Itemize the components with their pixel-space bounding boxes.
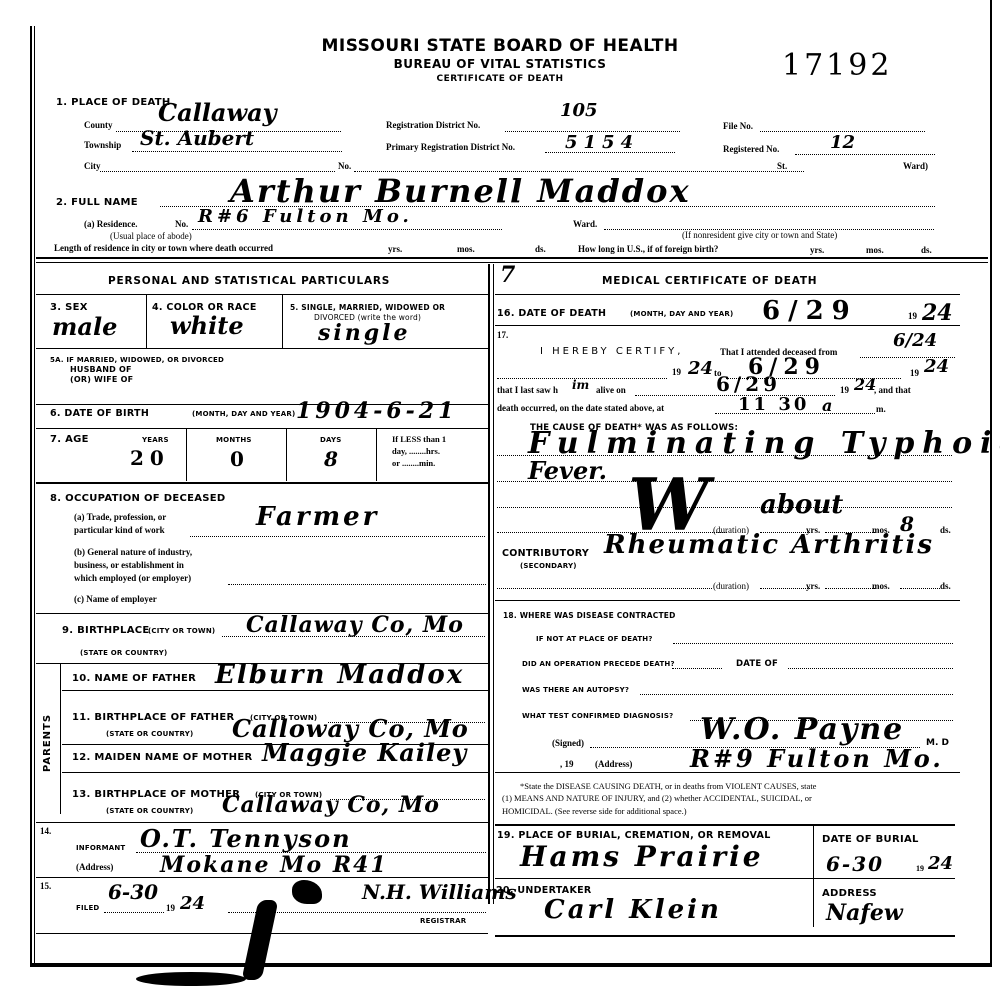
contributory-sub: (SECONDARY) [520, 562, 577, 570]
length-yrs-label: yrs. [388, 244, 402, 254]
father-name-value: Elburn Maddox [215, 660, 464, 690]
date-of-death-sub: (MONTH, DAY AND YEAR) [630, 310, 733, 318]
m-label: m. [876, 404, 886, 414]
attended-from-year: 24 [688, 358, 713, 379]
birthplace-value: Callaway Co, Mo [246, 612, 464, 638]
marital-value: single [318, 320, 410, 346]
parents-side-label: PARENTS [42, 714, 53, 772]
primary-registration-label: Primary Registration District No. [386, 142, 515, 152]
signed-label: (Signed) [552, 738, 584, 748]
county-value: Callaway [158, 98, 277, 127]
attended-to-year: 24 [924, 356, 949, 377]
burial-year-value: 24 [928, 853, 953, 874]
mother-name-label: 12. MAIDEN NAME OF MOTHER [72, 752, 252, 763]
no-label: No. [338, 161, 351, 171]
primary-registration-value: 5154 [565, 132, 639, 153]
item-18-label: 18. WHERE WAS DISEASE CONTRACTED [503, 611, 676, 620]
residence-no-label: No. [175, 219, 188, 229]
death-year-value: 24 [922, 300, 953, 326]
burial-date-value: 6-30 [826, 852, 884, 876]
length-ds-label: ds. [535, 244, 546, 254]
burial-address-label: ADDRESS [822, 888, 877, 899]
days-value: 8 [324, 447, 338, 471]
registered-no-label: Registered No. [723, 144, 779, 154]
father-birthplace-label: 11. BIRTHPLACE OF FATHER [72, 712, 234, 723]
mother-birthplace-label: 13. BIRTHPLACE OF MOTHER [72, 789, 240, 800]
frame-left-border-inner [34, 26, 35, 966]
days-label: DAYS [320, 436, 341, 444]
industry-label-3: which employed (or employer) [74, 573, 191, 583]
registrar-value: N.H. Williams [362, 880, 517, 904]
last-saw-value: 6/29 [716, 372, 781, 396]
and-that-label: , and that [874, 385, 911, 395]
address-year-prefix: , 19 [560, 759, 574, 769]
age-label: 7. AGE [50, 434, 89, 445]
usual-place-label: (Usual place of abode) [110, 231, 192, 241]
test-label: WHAT TEST CONFIRMED DIAGNOSIS? [522, 712, 673, 720]
foreign-mos-label: mos. [866, 245, 884, 255]
mother-name-value: Maggie Kailey [262, 738, 467, 767]
ward-label-residence: Ward. [573, 219, 597, 229]
undertaker-value: Carl Klein [544, 895, 722, 925]
duration2-mos-label: mos. [872, 581, 890, 591]
footnote-line-3: HOMICIDAL. (See reverse side for additio… [502, 806, 687, 816]
autopsy-label: WAS THERE AN AUTOPSY? [522, 686, 629, 694]
birthplace-label: 9. BIRTHPLACE [62, 625, 150, 636]
footnote-line-2: (1) MEANS AND NATURE OF INJURY, and (2) … [502, 793, 812, 803]
burial-address-value: Nafew [826, 900, 903, 926]
foreign-birth-label: How long in U.S., if of foreign birth? [578, 244, 718, 254]
footnote-line-1: *State the DISEASE CAUSING DEATH, or in … [520, 781, 816, 791]
dob-value: 1904-6-21 [296, 398, 457, 424]
certify-label: I HEREBY CERTIFY, [540, 346, 683, 357]
filed-date-value: 6-30 [108, 880, 158, 904]
trade-label: (a) Trade, profession, or [74, 512, 166, 522]
day-hrs-label: day, ........hrs. [392, 446, 440, 456]
last-saw-label: that I last saw h [497, 385, 558, 395]
foreign-yrs-label: yrs. [810, 245, 824, 255]
serial-number: 17192 [782, 48, 892, 83]
filed-year-prefix: 19 [166, 903, 175, 913]
registration-district-label: Registration District No. [386, 120, 480, 130]
medical-section-title: MEDICAL CERTIFICATE OF DEATH [602, 275, 817, 287]
not-at-place-label: IF NOT AT PLACE OF DEATH? [536, 635, 653, 643]
burial-place-value: Hams Prairie [520, 840, 764, 873]
wife-label: (OR) WIFE OF [70, 375, 133, 384]
burial-year-prefix: 19 [916, 864, 924, 873]
ink-pool [136, 972, 246, 986]
filed-number: 15. [40, 881, 51, 891]
foreign-ds-label: ds. [921, 245, 932, 255]
father-state-label: (STATE OR COUNTRY) [106, 730, 193, 738]
length-mos-label: mos. [457, 244, 475, 254]
attended-year-prefix: 19 [672, 367, 681, 377]
trade-value: Farmer [256, 502, 379, 532]
registrar-label: REGISTRAR [420, 917, 466, 925]
city-label: City [84, 161, 101, 171]
last-saw-year-prefix: 19 [840, 385, 849, 395]
duration2-yrs-label: yrs. [806, 581, 820, 591]
frame-left-border [30, 26, 32, 966]
contributory-value: Rheumatic Arthritis [604, 530, 934, 560]
frame-right-border [990, 0, 992, 965]
burial-date-label: DATE OF BURIAL [822, 834, 919, 845]
months-value: 0 [230, 447, 244, 471]
employer-label: (c) Name of employer [74, 594, 157, 604]
informant-value: O.T. Tennyson [140, 824, 352, 853]
marital-label: 5. SINGLE, MARRIED, WIDOWED OR [290, 303, 445, 312]
residence-value: R#6 Fulton Mo. [198, 206, 413, 227]
race-value: white [170, 311, 244, 340]
filed-label: FILED [76, 904, 99, 912]
residence-label: (a) Residence. [84, 219, 138, 229]
informant-number: 14. [40, 826, 51, 836]
birthplace-state-label: (STATE OR COUNTRY) [80, 649, 167, 657]
ink-blot [292, 880, 322, 904]
dob-sub: (MONTH, DAY AND YEAR) [192, 410, 295, 418]
township-label: Township [84, 140, 121, 150]
column-divider [488, 264, 490, 904]
nonresident-note: (If nonresident give city or town and St… [682, 230, 837, 240]
occupation-label: 8. OCCUPATION OF DECEASED [50, 493, 226, 504]
registered-no-value: 12 [830, 132, 855, 153]
duration2-label: (duration) [713, 581, 749, 591]
duration-ds-label: ds. [940, 525, 951, 535]
signed-value: W.O. Payne [700, 712, 904, 747]
signer-address-value: R#9 Fulton Mo. [690, 744, 944, 773]
operation-label: DID AN OPERATION PRECEDE DEATH? [522, 660, 675, 668]
attended-from-value: 6/24 [893, 330, 937, 351]
trade-label-2: particular kind of work [74, 525, 165, 535]
spouse-label: 5A. IF MARRIED, WIDOWED, OR DIVORCED [50, 356, 224, 364]
industry-label-2: business, or establishment in [74, 560, 184, 570]
last-saw-him: im [572, 378, 589, 392]
file-no-label: File No. [723, 121, 753, 131]
signer-address-label: (Address) [595, 759, 632, 769]
industry-label: (b) General nature of industry, [74, 547, 192, 557]
place-of-death-label: 1. PLACE OF DEATH [56, 97, 171, 108]
years-value: 20 [130, 446, 170, 470]
item-17-label: 17. [497, 330, 508, 340]
frame-bottom-border [30, 963, 992, 967]
date-of-death-value: 6/29 [762, 296, 858, 326]
husband-label: HUSBAND OF [70, 365, 132, 374]
county-label: County [84, 120, 113, 130]
length-residence-label: Length of residence in city or town wher… [54, 243, 273, 253]
birthplace-sub: (CITY OR TOWN) [148, 627, 215, 635]
attended-to-year-prefix: 19 [910, 368, 919, 378]
dob-label: 6. DATE OF BIRTH [50, 408, 149, 419]
informant-label: INFORMANT [76, 844, 125, 852]
father-name-label: 10. NAME OF FATHER [72, 673, 196, 684]
ward-label: Ward) [903, 161, 928, 171]
months-label: MONTHS [216, 436, 252, 444]
alive-on-label: alive on [596, 385, 626, 395]
full-name-value: Arthur Burnell Maddox [230, 172, 691, 210]
mother-state-label: (STATE OR COUNTRY) [106, 807, 193, 815]
death-year-prefix: 19 [908, 311, 917, 321]
years-label: YEARS [142, 436, 169, 444]
filed-year-value: 24 [180, 893, 205, 914]
sex-value: male [52, 312, 117, 341]
date-of-death-label: 16. DATE OF DEATH [497, 308, 606, 319]
township-value: St. Aubert [140, 126, 254, 150]
informant-address-label: (Address) [76, 862, 113, 872]
or-min-label: or ........min. [392, 458, 435, 468]
last-saw-year: 24 [854, 375, 876, 394]
time-value: 11 30 [738, 394, 809, 415]
informant-address-value: Mokane Mo R41 [160, 852, 388, 878]
ampm-value: a [822, 396, 832, 415]
registration-district-value: 105 [560, 100, 598, 121]
personal-section-title: PERSONAL AND STATISTICAL PARTICULARS [108, 275, 390, 287]
full-name-label: 2. FULL NAME [56, 197, 138, 208]
mother-birthplace-value: Callaway Co, Mo [222, 792, 440, 818]
duration-value: about [760, 490, 843, 520]
divider-top [36, 257, 988, 259]
duration2-ds-label: ds. [940, 581, 951, 591]
st-label: St. [777, 161, 787, 171]
contributory-label: CONTRIBUTORY [502, 548, 589, 559]
less-than-label: If LESS than 1 [392, 434, 446, 444]
date-of-label: DATE OF [736, 659, 778, 669]
medical-section-number: 7 [500, 262, 515, 288]
death-occurred-label: death occurred, on the date stated above… [497, 403, 664, 413]
